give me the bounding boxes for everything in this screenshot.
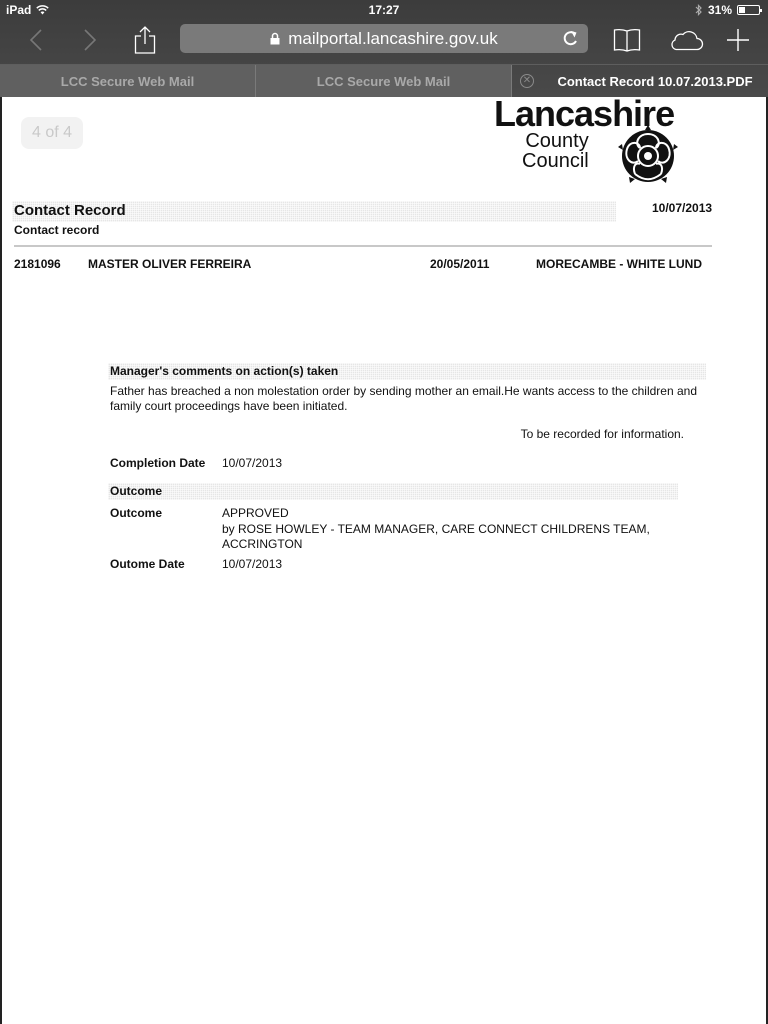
logo-sub-line1: County (522, 131, 589, 151)
bluetooth-icon (695, 4, 703, 16)
divider (14, 245, 712, 247)
tab-label: Contact Record 10.07.2013.PDF (557, 74, 752, 89)
address-bar[interactable]: mailportal.lancashire.gov.uk (180, 24, 588, 53)
battery-fill (739, 7, 745, 13)
outcome-date-value: 10/07/2013 (222, 557, 282, 572)
share-button[interactable] (127, 24, 163, 56)
outcome-value: APPROVED (222, 506, 289, 521)
lancashire-county-council-logo: Lancashire County Council (494, 97, 704, 187)
outcome-heading: Outcome (108, 483, 678, 500)
lock-icon (270, 32, 280, 45)
logo-sub-line2: Council (522, 151, 589, 171)
icloud-tabs-button[interactable] (666, 24, 706, 56)
tab-label: LCC Secure Web Mail (317, 74, 450, 89)
status-bar: iPad 17:27 31% (0, 0, 768, 20)
record-location: MORECAMBE - WHITE LUND (536, 257, 702, 271)
completion-date-label: Completion Date (110, 456, 205, 470)
header-date: 10/07/2013 (652, 201, 712, 215)
forward-button[interactable] (72, 24, 108, 56)
tab-lcc-secure-web-mail-1[interactable]: LCC Secure Web Mail (0, 65, 256, 98)
record-name: MASTER OLIVER FERREIRA (88, 257, 251, 271)
battery-percent: 31% (708, 3, 732, 17)
logo-subtitle: County Council (522, 131, 589, 171)
outcome-label: Outcome (110, 506, 162, 520)
pdf-page[interactable]: 4 of 4 Lancashire County Council (0, 97, 768, 1024)
browser-chrome: iPad 17:27 31% (0, 0, 768, 97)
close-tab-icon[interactable]: ✕ (520, 74, 534, 88)
contact-record-title-bar: Contact Record (12, 201, 616, 222)
red-rose-emblem-icon (612, 125, 684, 187)
back-icon (29, 29, 43, 51)
page-indicator: 4 of 4 (21, 117, 83, 149)
completion-date-value: 10/07/2013 (222, 456, 282, 471)
icloud-tabs-icon (668, 29, 704, 51)
reload-icon[interactable] (560, 27, 580, 49)
tab-label: LCC Secure Web Mail (61, 74, 194, 89)
share-icon (134, 26, 156, 54)
forward-icon (83, 29, 97, 51)
outcome-section: Outcome (108, 483, 678, 500)
back-button[interactable] (18, 24, 54, 56)
manager-comments-note: To be recorded for information. (108, 427, 706, 441)
outcome-approver-line2: ACCRINGTON (222, 537, 302, 552)
document-subtitle: Contact record (14, 223, 99, 237)
record-dob: 20/05/2011 (430, 257, 489, 271)
bookmarks-button[interactable] (609, 24, 645, 56)
manager-comments-section: Manager's comments on action(s) taken Fa… (108, 363, 706, 441)
clock: 17:27 (0, 3, 768, 17)
url-text: mailportal.lancashire.gov.uk (288, 29, 497, 49)
new-tab-button[interactable] (720, 24, 756, 56)
tab-lcc-secure-web-mail-2[interactable]: LCC Secure Web Mail (256, 65, 512, 98)
battery-icon (737, 5, 760, 15)
manager-comments-heading: Manager's comments on action(s) taken (108, 363, 706, 380)
new-tab-icon (726, 28, 750, 52)
outcome-date-label: Outome Date (110, 557, 185, 571)
bookmarks-icon (613, 28, 641, 52)
record-id: 2181096 (14, 257, 61, 271)
manager-comments-text: Father has breached a non molestation or… (108, 384, 704, 414)
toolbar: mailportal.lancashire.gov.uk (0, 20, 768, 64)
document-title: Contact Record (14, 202, 126, 219)
outcome-approver-line1: by ROSE HOWLEY - TEAM MANAGER, CARE CONN… (222, 522, 650, 537)
